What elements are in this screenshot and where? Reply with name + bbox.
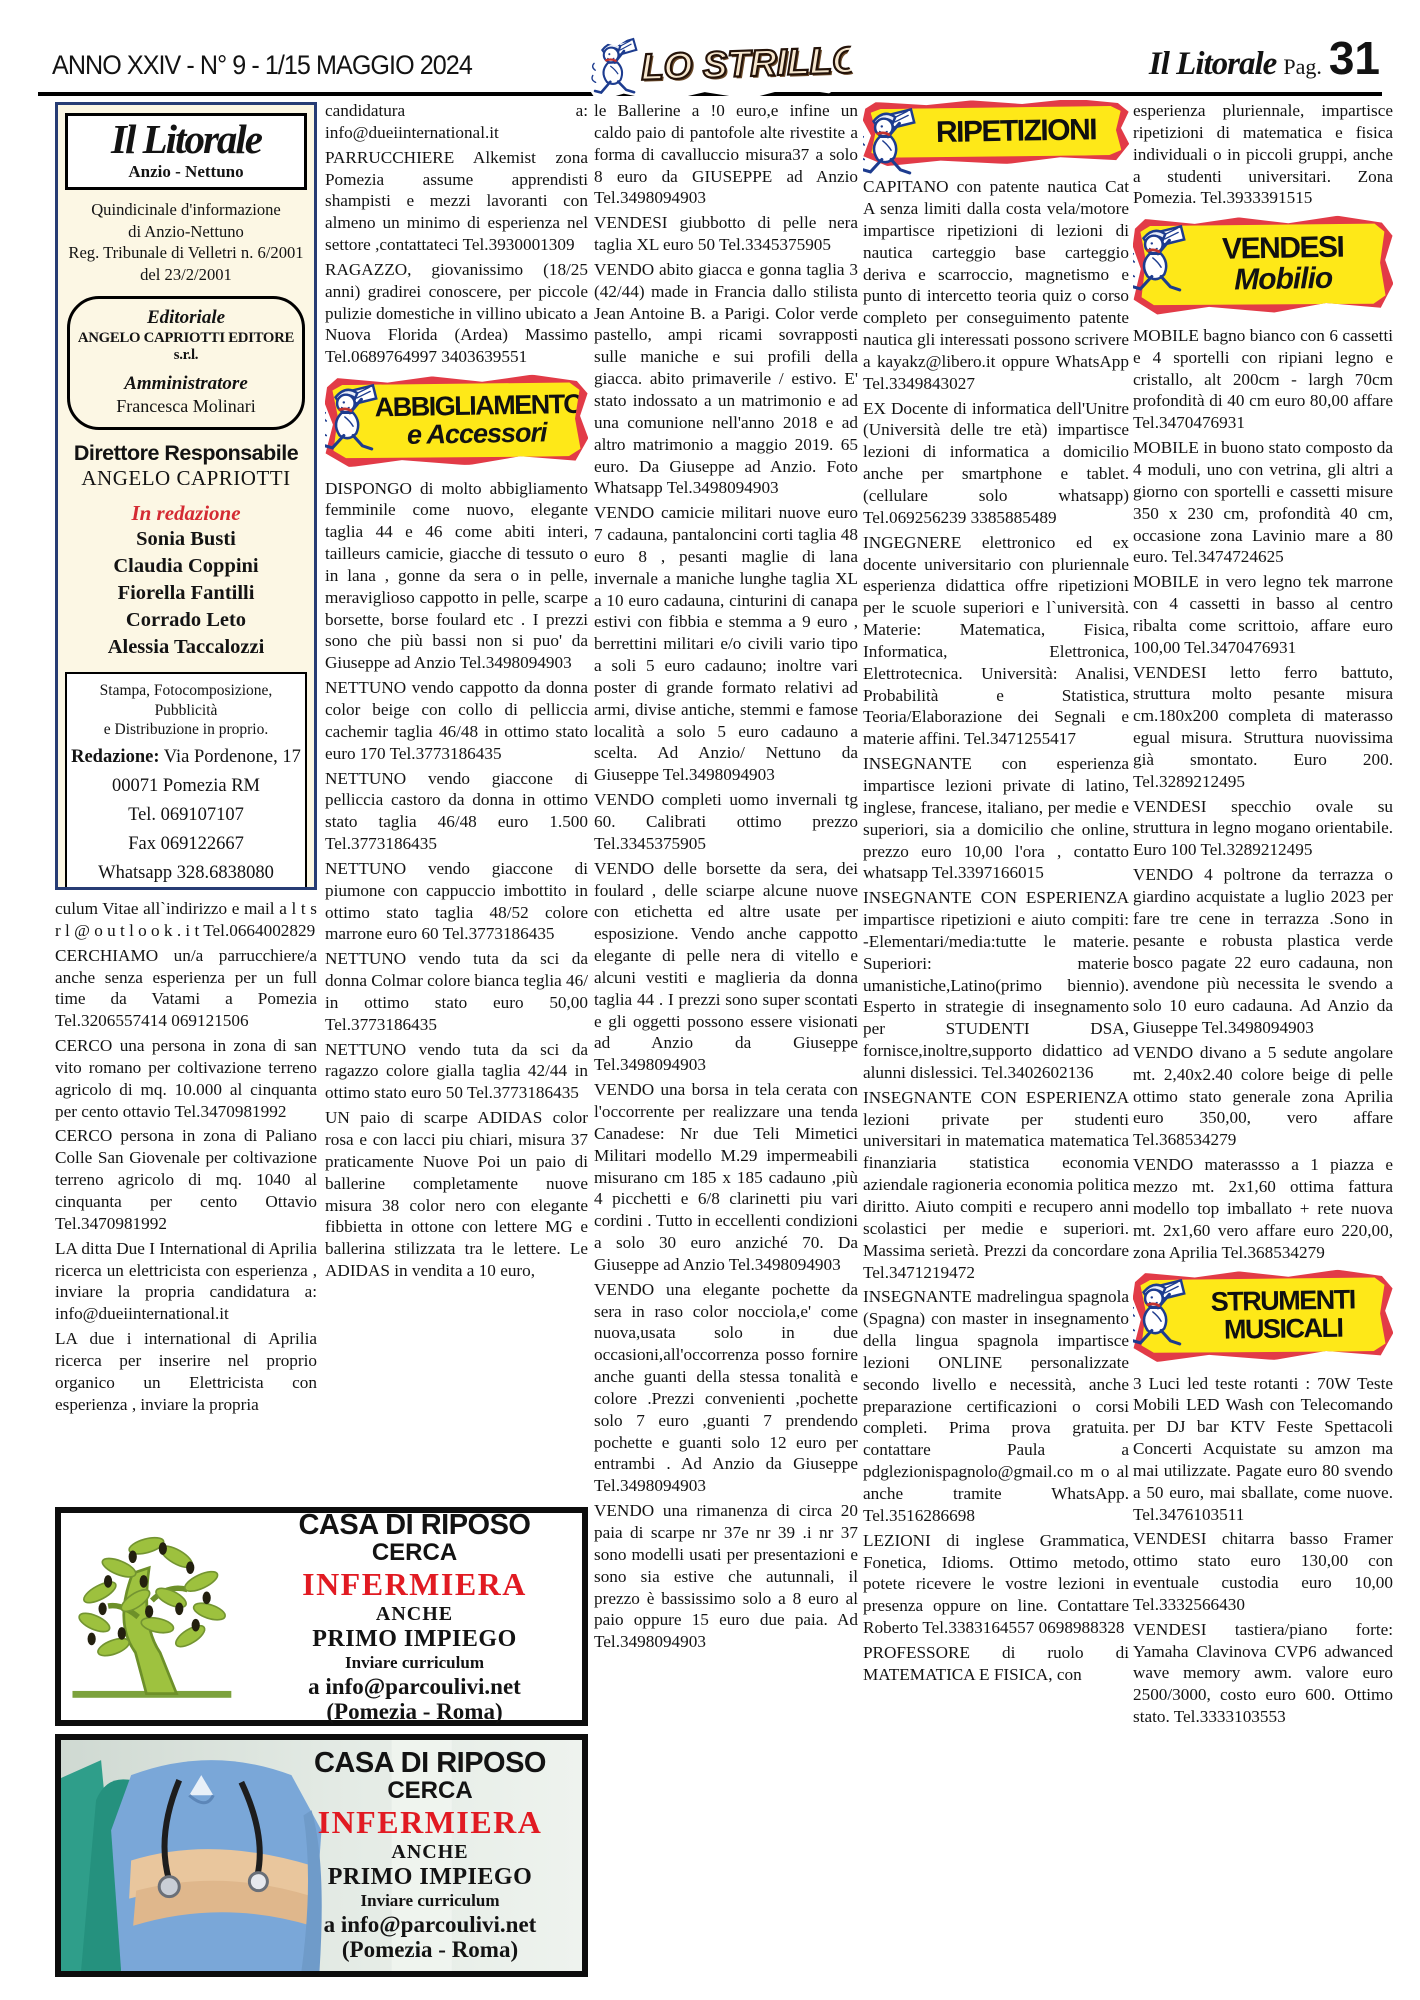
classified-ad: CERCHIAMO un/a parrucchiere/a anche senz…: [55, 945, 317, 1032]
casa-title: CASA DI RIPOSO: [251, 1510, 578, 1540]
classified-ad: EX Docente di informatica dell'Unitre (U…: [863, 398, 1129, 529]
classified-ad: CAPITANO con patente nautica Cat A senza…: [863, 176, 1129, 394]
contacts-box: Stampa, Fotocomposizione, Pubblicità e D…: [65, 672, 307, 890]
editorial-box: Editoriale ANGELO CAPRIOTTI EDITORE s.r.…: [67, 296, 305, 430]
column-3: le Ballerine a !0 euro,e infine un caldo…: [594, 100, 858, 1986]
casa-inviare: Inviare curriculum: [282, 1891, 578, 1911]
section-subtitle: Mobilio: [1183, 262, 1384, 297]
print-info: e Distribuzione in proprio.: [70, 720, 302, 739]
editorial-name: ANGELO CAPRIOTTI EDITORE s.r.l.: [72, 330, 300, 364]
section-header-strumenti: STRUMENTI MUSICALI: [1133, 1271, 1393, 1360]
editorial-label: Editoriale: [72, 307, 300, 329]
column-2: candidatura a: info@dueiinternational.it…: [325, 100, 588, 1504]
admin-name: Francesca Molinari: [72, 396, 300, 417]
page-number: 31: [1329, 38, 1380, 79]
redazione-address: Redazione: Via Pordenone, 17: [70, 745, 302, 769]
page-label: Pag.: [1283, 54, 1322, 80]
paper-name: Il Litorale: [1149, 46, 1276, 83]
issue-date: ANNO XXIV - N° 9 - 1/15 MAGGIO 2024: [52, 50, 472, 81]
classified-ad: MOBILE bagno bianco con 6 cassetti e 4 s…: [1133, 325, 1393, 434]
classified-ad: VENDESI specchio ovale su struttura in l…: [1133, 796, 1393, 862]
logo-text: LO STRILLONE: [640, 37, 913, 88]
classified-ad: INSEGNANTE CON ESPERIENZA lezioni privat…: [863, 1087, 1129, 1284]
casa-anche: ANCHE: [282, 1841, 578, 1864]
classified-ad: CERCO persona in zona di Paliano Colle S…: [55, 1125, 317, 1234]
section-title: ABBIGLIAMENTO: [375, 390, 578, 422]
casa-cerca: CERCA: [251, 1540, 578, 1566]
fax-number: Fax 069122667: [70, 832, 302, 856]
classified-ad: MOBILE in buono stato composto da 4 modu…: [1133, 437, 1393, 568]
masthead-info-line: Quindicinale d'informazione: [65, 199, 307, 221]
section-title: VENDESI: [1182, 231, 1383, 266]
director-name: ANGELO CAPRIOTTI: [65, 466, 307, 491]
casa-luogo: (Pomezia - Roma): [282, 1937, 578, 1963]
classified-ad: INSEGNANTE CON ESPERIENZA impartisce rip…: [863, 887, 1129, 1084]
staff-member: Corrado Leto: [65, 607, 307, 634]
casa-inviare: Inviare curriculum: [251, 1653, 578, 1673]
newsboy-icon: [1133, 1275, 1189, 1355]
phone-number: Tel. 069107107: [70, 803, 302, 827]
staff-member: Sonia Busti: [65, 526, 307, 553]
classified-ad: VENDESI tastiera/piano forte: Yamaha Cla…: [1133, 1619, 1393, 1728]
section-subtitle: e Accessori: [375, 418, 578, 450]
column-1: culum Vitae all`indirizzo e mail a l t s…: [55, 898, 317, 1498]
address-label: Redazione:: [71, 747, 159, 767]
classified-ad: NETTUNO vendo giaccone di pelliccia cast…: [325, 768, 588, 855]
staff-member: Alessia Taccalozzi: [65, 634, 307, 661]
classified-ad: VENDO una elegante pochette da sera in r…: [594, 1279, 858, 1497]
column-4: RIPETIZIONI CAPITANO con patente nautica…: [863, 100, 1129, 1988]
casa-title: CASA DI RIPOSO: [282, 1748, 578, 1778]
classified-ad: VENDO abito giacca e gonna taglia 3 (42/…: [594, 259, 858, 499]
classified-ad: LA ditta Due I International di Aprilia …: [55, 1238, 317, 1325]
column-5: esperienza pluriennale, impartisce ripet…: [1133, 100, 1393, 1988]
casa-cerca: CERCA: [282, 1778, 578, 1804]
classified-ad: VENDO materassso a 1 piazza e mezzo mt. …: [1133, 1154, 1393, 1263]
address-line2: 00071 Pomezia RM: [70, 774, 302, 798]
casa-di-riposo-ad-2: CASA DI RIPOSO CERCA INFERMIERA ANCHE PR…: [55, 1734, 588, 1977]
classified-ad: RAGAZZO, giovanissimo (18/25 anni) gradi…: [325, 259, 588, 368]
print-info: Stampa, Fotocomposizione, Pubblicità: [70, 681, 302, 720]
newspaper-page: ANNO XXIV - N° 9 - 1/15 MAGGIO 2024 LO S…: [0, 0, 1420, 2000]
masthead-logo-box: Il Litorale Anzio - Nettuno: [65, 113, 307, 190]
classified-ad: candidatura a: info@dueiinternational.it: [325, 100, 588, 144]
casa-ad-text: CASA DI RIPOSO CERCA INFERMIERA ANCHE PR…: [251, 1508, 582, 1725]
section-title: STRUMENTI: [1183, 1285, 1383, 1317]
whatsapp-number: Whatsapp 328.6838080: [70, 861, 302, 885]
masthead-title: Il Litorale: [70, 119, 302, 160]
classified-ad: NETTUNO vendo tuta da sci da ragazzo col…: [325, 1039, 588, 1105]
classified-ad: CERCO una persona in zona di san vito ro…: [55, 1035, 317, 1122]
casa-primo-impiego: PRIMO IMPIEGO: [251, 1626, 578, 1654]
masthead-info: Quindicinale d'informazione di Anzio-Net…: [65, 199, 307, 285]
casa-di-riposo-ad-1: CASA DI RIPOSO CERCA INFERMIERA ANCHE PR…: [55, 1507, 588, 1726]
classified-ad: le Ballerine a !0 euro,e infine un caldo…: [594, 100, 858, 209]
classified-ad: LEZIONI di inglese Grammatica, Fonetica,…: [863, 1530, 1129, 1639]
redazione-label: In redazione: [65, 501, 307, 526]
staff-list: Sonia Busti Claudia Coppini Fiorella Fan…: [65, 526, 307, 661]
section-title-line2: MUSICALI: [1183, 1313, 1383, 1345]
classified-ad: DISPONGO di molto abbigliamento femminil…: [325, 478, 588, 675]
section-header-mobilio: VENDESI Mobilio: [1133, 217, 1393, 313]
staff-member: Fiorella Fantilli: [65, 580, 307, 607]
classified-ad: PROFESSORE di ruolo di MATEMATICA E FISI…: [863, 1642, 1129, 1686]
address-line: Via Pordenone, 17: [164, 747, 301, 767]
classified-ad: VENDO camicie militari nuove euro 7 cada…: [594, 502, 858, 786]
classified-ad: NETTUNO vendo cappotto da donna color be…: [325, 677, 588, 764]
classified-ad: LA due i international di Aprilia ricerc…: [55, 1328, 317, 1415]
classified-ad: VENDO completi uomo invernali tg 60. Cal…: [594, 789, 858, 855]
casa-infermiera: INFERMIERA: [282, 1805, 578, 1841]
classified-ad: VENDO divano a 5 sedute angolare mt. 2,4…: [1133, 1042, 1393, 1151]
masthead-info-line: del 23/2/2001: [65, 264, 307, 286]
classified-ad: NETTUNO vendo tuta da sci da donna Colma…: [325, 948, 588, 1035]
casa-luogo: (Pomezia - Roma): [251, 1699, 578, 1725]
masthead-info-line: di Anzio-Nettuno: [65, 221, 307, 243]
classified-ad: UN paio di scarpe ADIDAS color rosa e co…: [325, 1107, 588, 1282]
casa-primo-impiego: PRIMO IMPIEGO: [282, 1864, 578, 1892]
masthead-info-line: Reg. Tribunale di Velletri n. 6/2001: [65, 242, 307, 264]
section-header-abbigliamento: ABBIGLIAMENTO e Accessori: [325, 376, 588, 465]
classified-ad: INGEGNERE elettronico ed ex docente univ…: [863, 532, 1129, 750]
classified-ad: VENDO una rimanenza di circa 20 paia di …: [594, 1500, 858, 1653]
classified-ad: VENDO delle borsette da sera, dei foular…: [594, 858, 858, 1076]
newsboy-icon: [588, 36, 642, 102]
masthead: Il Litorale Anzio - Nettuno Quindicinale…: [55, 102, 317, 890]
classified-ad: VENDESI letto ferro battuto, struttura m…: [1133, 662, 1393, 793]
casa-email: a info@parcoulivi.net: [251, 1674, 578, 1700]
casa-email: a info@parcoulivi.net: [282, 1912, 578, 1938]
staff-member: Claudia Coppini: [65, 553, 307, 580]
classified-ad: culum Vitae all`indirizzo e mail a l t s…: [55, 898, 317, 942]
classified-ad: VENDESI giubbotto di pelle nera taglia X…: [594, 212, 858, 256]
olive-tree-logo: [61, 1513, 251, 1720]
section-header-ripetizioni: RIPETIZIONI: [863, 100, 1129, 164]
admin-label: Amministratore: [72, 373, 300, 395]
classified-ad: VENDESI chitarra basso Framer ottimo sta…: [1133, 1528, 1393, 1615]
classified-ad: VENDO 4 poltrone da terrazza o giardino …: [1133, 864, 1393, 1039]
classified-ad: VENDO una borsa in tela cerata con l'occ…: [594, 1079, 858, 1276]
casa-infermiera: INFERMIERA: [251, 1567, 578, 1603]
casa-ad-text: CASA DI RIPOSO CERCA INFERMIERA ANCHE PR…: [282, 1748, 578, 1963]
newsboy-icon: [325, 380, 381, 460]
newsboy-icon: [1133, 221, 1189, 301]
classified-ad: 3 Luci led teste rotanti : 70W Teste Mob…: [1133, 1373, 1393, 1526]
classified-ad: NETTUNO vendo giaccone di piumone con ca…: [325, 858, 588, 945]
classified-ad: PARRUCCHIERE Alkemist zona Pomezia assum…: [325, 147, 588, 256]
classified-ad: INSEGNANTE con esperienza impartisce lez…: [863, 753, 1129, 884]
classified-ad: MOBILE in vero legno tek marrone con 4 c…: [1133, 571, 1393, 658]
casa-anche: ANCHE: [251, 1603, 578, 1626]
masthead-subtitle: Anzio - Nettuno: [70, 162, 302, 182]
director-label: Direttore Responsabile: [65, 441, 307, 466]
classified-ad: INSEGNANTE madrelingua spagnola (Spagna)…: [863, 1286, 1129, 1526]
paper-name-and-page: Il Litorale Pag. 31: [1149, 38, 1380, 83]
section-title: RIPETIZIONI: [913, 114, 1120, 149]
newsboy-icon: [863, 104, 919, 184]
classified-ad: esperienza pluriennale, impartisce ripet…: [1133, 100, 1393, 209]
